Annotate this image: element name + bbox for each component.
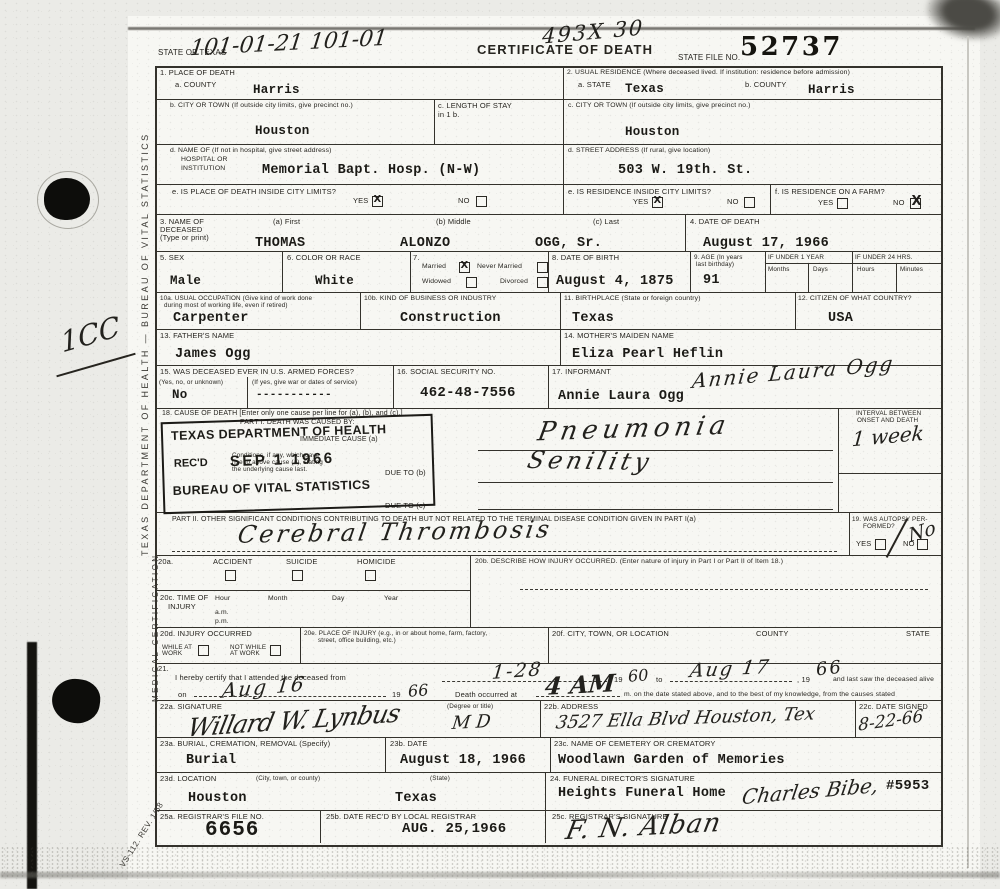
sex-value: Male — [170, 274, 201, 288]
line — [155, 555, 941, 556]
degree-title-label: (Degree or title) — [447, 703, 493, 710]
industry-value: Construction — [400, 311, 501, 326]
days-label: Days — [813, 266, 828, 273]
middle-name-label: (b) Middle — [436, 218, 471, 227]
line — [855, 700, 856, 737]
married-label: Married — [422, 263, 446, 271]
occupation-label1: 10a. USUAL OCCUPATION (Give kind of work… — [160, 295, 312, 302]
location-label: 23d. LOCATION — [160, 775, 216, 784]
cemetery-label: 23c. NAME OF CEMETERY OR CREMATORY — [554, 740, 716, 749]
line — [838, 408, 839, 512]
certify-19b: , 19 — [797, 676, 810, 685]
autopsy-label2: FORMED? — [863, 523, 895, 530]
stamp-line2: BUREAU OF VITAL STATISTICS — [173, 478, 371, 498]
line — [795, 292, 796, 329]
armed-forces-dashes: ----------- — [256, 389, 332, 401]
certify-year3: 66 — [407, 680, 429, 700]
pod-county-value: Harris — [253, 83, 300, 97]
cause-b-line — [478, 482, 833, 483]
physician-degree: M D — [451, 711, 492, 734]
residence-title: 2. USUAL RESIDENCE (Where deceased lived… — [567, 69, 850, 77]
injury-state-label: STATE — [906, 630, 930, 639]
cemetery-value: Woodlawn Garden of Memories — [558, 753, 785, 768]
line — [434, 99, 435, 144]
farm-label: f. IS RESIDENCE ON A FARM? — [775, 188, 885, 197]
line — [393, 365, 394, 408]
date-of-death-label: 4. DATE OF DEATH — [690, 218, 760, 227]
line — [548, 365, 549, 408]
health-department-stamp: TEXAS DEPARTMENT OF HEALTH REC'D SEP 1 1… — [161, 414, 436, 514]
state-file-no-label: STATE FILE NO. — [678, 54, 740, 63]
pod-limits-label: e. IS PLACE OF DEATH INSIDE CITY LIMITS? — [172, 188, 336, 197]
street-address-value: 503 W. 19th. St. — [618, 163, 752, 178]
part2-value: Cerebral Thrombosis — [236, 515, 554, 549]
farm-no-checkbox: X — [910, 198, 921, 209]
bottom-smudge — [0, 872, 1000, 878]
residence-limits-no-checkbox — [744, 197, 755, 208]
length-of-stay-label2: in 1 b. — [438, 111, 459, 120]
pod-limits-no-label: NO — [458, 197, 470, 206]
time-of-injury-label2: INJURY — [168, 603, 196, 612]
ssn-value: 462-48-7556 — [420, 385, 516, 401]
hole-punch-bottom — [49, 676, 103, 726]
mother-name-value: Eliza Pearl Heflin — [572, 347, 723, 362]
line — [155, 184, 941, 185]
am-label: a.m. — [215, 609, 229, 617]
age-label2: last birthday) — [696, 261, 734, 268]
line — [320, 810, 321, 843]
homicide-checkbox — [365, 570, 376, 581]
first-name-label: (a) First — [273, 218, 300, 227]
certify-to-value: Aug 17 — [688, 656, 772, 682]
if-under-24-hrs-label: IF UNDER 24 HRS. — [855, 254, 913, 261]
industry-label: 10b. KIND OF BUSINESS OR INDUSTRY — [364, 295, 496, 303]
line — [155, 144, 941, 145]
divorced-checkbox — [537, 277, 548, 288]
certify-text2: and last saw the deceased alive — [833, 676, 934, 685]
burial-date-value: August 18, 1966 — [400, 753, 526, 768]
line — [360, 292, 361, 329]
line — [155, 590, 470, 591]
pod-city-label: b. CITY OR TOWN (If outside city limits,… — [170, 102, 353, 110]
margin-handwritten-note: 1CC — [59, 310, 122, 360]
line — [155, 810, 941, 811]
citizen-value: USA — [828, 311, 853, 326]
certify-text4: m. on the date stated above, and to the … — [624, 691, 895, 700]
line — [410, 251, 411, 292]
last-name-label: (c) Last — [593, 218, 619, 227]
citizen-label: 12. CITIZEN OF WHAT COUNTRY? — [798, 295, 912, 303]
injury-city-label: 20f. CITY, TOWN, OR LOCATION — [552, 630, 669, 639]
line — [155, 292, 941, 293]
day-label: Day — [332, 595, 345, 603]
accident-checkbox — [225, 570, 236, 581]
residence-county-value: Harris — [808, 83, 855, 97]
pod-city-value: Houston — [255, 124, 310, 138]
residence-state-label: a. STATE — [578, 81, 611, 90]
date-of-birth-value: August 4, 1875 — [556, 274, 674, 289]
hospital-value: Memorial Bapt. Hosp. (N-W) — [262, 163, 480, 178]
certify-num: 21. — [158, 665, 169, 674]
funeral-director-label: 24. FUNERAL DIRECTOR'S SIGNATURE — [550, 775, 695, 784]
line — [300, 627, 301, 663]
line — [548, 251, 549, 292]
date-of-birth-label: 8. DATE OF BIRTH — [552, 254, 619, 263]
middle-name-value: ALONZO — [400, 236, 450, 251]
hole-punch-top — [44, 178, 90, 220]
certify-year1: 60 — [627, 665, 649, 685]
burial-date-label: 23b. DATE — [390, 740, 427, 749]
line — [385, 737, 386, 772]
last-name-value: OGG, Sr. — [535, 236, 602, 251]
first-name-value: THOMAS — [255, 236, 305, 251]
hospital-label2: HOSPITAL OR — [181, 156, 228, 164]
line — [563, 66, 564, 214]
date-recd-value: AUG. 25,1966 — [402, 821, 506, 837]
place-of-injury-label2: street, office building, etc.) — [318, 637, 396, 644]
residence-city-value: Houston — [625, 125, 680, 139]
hospital-label3: INSTITUTION — [181, 165, 225, 173]
married-checkbox: X — [459, 262, 470, 273]
date-of-death-value: August 17, 1966 — [703, 236, 829, 251]
signature-label: 22a. SIGNATURE — [160, 703, 222, 712]
pod-county-label: a. COUNTY — [175, 81, 216, 90]
checkbox-mark: X — [912, 194, 922, 209]
hour-label: Hour — [215, 595, 230, 603]
certificate-title: CERTIFICATE OF DEATH — [477, 46, 653, 55]
location-sub1: (City, town, or county) — [256, 775, 320, 782]
injury-county-label: COUNTY — [756, 630, 789, 639]
residence-city-label: c. CITY OR TOWN (If outside city limits,… — [568, 102, 751, 110]
homicide-label: HOMICIDE — [357, 558, 396, 567]
line — [545, 772, 546, 810]
line — [470, 555, 471, 627]
interval-label1: INTERVAL BETWEEN — [856, 410, 921, 417]
line — [896, 263, 897, 292]
certify-from-value: 1-28 — [491, 658, 544, 684]
line — [690, 251, 691, 292]
marital-num-label: 7. — [413, 254, 420, 263]
place-of-death-title: 1. PLACE OF DEATH — [160, 69, 235, 78]
location-city-value: Houston — [188, 791, 247, 806]
part2-baseline — [172, 551, 837, 552]
never-married-checkbox — [537, 262, 548, 273]
pod-limits-no-checkbox — [476, 196, 487, 207]
checkbox-mark: X — [461, 260, 469, 271]
injury-blank-line — [520, 589, 928, 590]
state-file-number: 52737 — [740, 32, 843, 62]
funeral-home-number: #5953 — [886, 778, 930, 794]
farm-yes-label: YES — [818, 199, 833, 208]
burial-label: 23a. BURIAL, CREMATION, REMOVAL (Specify… — [160, 740, 330, 749]
occupation-label2: during most of working life, even if ret… — [164, 302, 288, 309]
not-while-label2: AT WORK — [230, 650, 260, 657]
describe-injury-label: 20b. DESCRIBE HOW INJURY OCCURRED. (Ente… — [475, 558, 783, 566]
residence-limits-yes-label: YES — [633, 198, 648, 207]
suicide-label: SUICIDE — [286, 558, 317, 567]
address-label: 22b. ADDRESS — [544, 703, 598, 712]
birthplace-value: Texas — [572, 311, 614, 326]
hospital-label1: d. NAME OF (If not in hospital, give str… — [170, 147, 332, 155]
funeral-home-value: Heights Funeral Home — [558, 786, 726, 801]
months-label: Months — [768, 266, 790, 273]
death-certificate-scan: TEXAS DEPARTMENT OF HEALTH — BUREAU OF V… — [0, 0, 1000, 889]
accident-num-label: 20a. — [158, 558, 173, 567]
residence-limits-no-label: NO — [727, 198, 739, 207]
checkbox-mark: X — [374, 194, 382, 205]
line — [155, 772, 941, 773]
armed-forces-sub1: (Yes, no, or unknown) — [159, 379, 223, 386]
certify-on-label: on — [178, 691, 187, 700]
cause-c-line — [478, 509, 833, 510]
pod-limits-yes-label: YES — [353, 197, 368, 206]
widowed-checkbox — [466, 277, 477, 288]
color-race-label: 6. COLOR OR RACE — [287, 254, 361, 263]
father-name-label: 13. FATHER'S NAME — [160, 332, 234, 341]
place-of-injury-label1: 20e. PLACE OF INJURY (e.g., in or about … — [304, 630, 487, 637]
armed-forces-value: No — [172, 388, 188, 402]
fold-line — [967, 36, 969, 868]
line — [155, 329, 941, 330]
armed-forces-sub2: (If yes, give war or dates of service) — [252, 379, 357, 386]
certify-to-label: to — [656, 676, 663, 685]
line — [155, 512, 941, 513]
line — [770, 184, 771, 214]
occupation-value: Carpenter — [173, 311, 249, 326]
father-name-value: James Ogg — [175, 347, 251, 362]
line — [808, 263, 809, 292]
month-label: Month — [268, 595, 288, 603]
pm-label: p.m. — [215, 618, 229, 626]
residence-county-label: b. COUNTY — [745, 81, 786, 90]
stamp-line1: TEXAS DEPARTMENT OF HEALTH — [171, 422, 387, 443]
autopsy-yes-checkbox — [875, 539, 886, 550]
registrar-file-value: 6656 — [205, 819, 259, 842]
widowed-label: Widowed — [422, 278, 451, 286]
farm-yes-checkbox — [837, 198, 848, 209]
stamp-date: SEP 1 1966 — [230, 450, 335, 470]
line — [282, 251, 283, 292]
color-race-value: White — [315, 274, 354, 288]
divorced-label: Divorced — [500, 278, 528, 286]
if-under-1-year-label: IF UNDER 1 YEAR — [768, 254, 824, 261]
burial-value: Burial — [186, 753, 236, 768]
age-label1: 9. AGE (In years — [694, 254, 743, 261]
informant-value: Annie Laura Ogg — [558, 389, 684, 404]
residence-limits-label: e. IS RESIDENCE INSIDE CITY LIMITS? — [568, 188, 711, 197]
pod-limits-yes-checkbox: X — [372, 196, 383, 207]
street-address-label: d. STREET ADDRESS (If rural, give locati… — [568, 147, 710, 155]
checkbox-mark: X — [654, 195, 662, 206]
residence-limits-yes-checkbox: X — [652, 197, 663, 208]
stamp-recd: REC'D — [174, 457, 208, 470]
birthplace-label: 11. BIRTHPLACE (State or foreign country… — [564, 295, 701, 303]
line — [765, 251, 766, 292]
year-label: Year — [384, 595, 398, 603]
while-at-work-label2: WORK — [162, 650, 182, 657]
armed-forces-label: 15. WAS DECEASED EVER IN U.S. ARMED FORC… — [160, 368, 354, 377]
line — [155, 99, 941, 100]
suicide-checkbox — [292, 570, 303, 581]
ssn-label: 16. SOCIAL SECURITY NO. — [397, 368, 495, 377]
line — [155, 214, 941, 215]
not-while-checkbox — [270, 645, 281, 656]
sex-label: 5. SEX — [160, 254, 184, 263]
line — [685, 214, 686, 251]
certify-time-value: 4 AM — [544, 668, 617, 701]
farm-no-label: NO — [893, 199, 905, 208]
while-at-work-checkbox — [198, 645, 209, 656]
line — [560, 292, 561, 365]
line — [852, 251, 853, 292]
minutes-label: Minutes — [900, 266, 923, 273]
line — [838, 473, 941, 474]
line — [247, 377, 248, 408]
certify-text3: Death occurred at — [455, 691, 517, 700]
never-married-label: Never Married — [477, 263, 522, 271]
line — [548, 627, 549, 663]
bureau-vertical-label: TEXAS DEPARTMENT OF HEALTH — BUREAU OF V… — [140, 132, 150, 556]
line — [550, 737, 551, 772]
autopsy-yes-label: YES — [856, 540, 871, 549]
injury-occurred-label: 20d. INJURY OCCURRED — [160, 630, 252, 639]
location-state-value: Texas — [395, 791, 437, 806]
informant-label: 17. INFORMANT — [552, 368, 611, 377]
location-sub2: (State) — [430, 775, 450, 782]
accident-label: ACCIDENT — [213, 558, 253, 567]
cause-b-value: Senility — [525, 446, 656, 476]
mother-name-label: 14. MOTHER'S MAIDEN NAME — [564, 332, 674, 341]
line — [540, 700, 541, 737]
residence-state-value: Texas — [625, 82, 664, 96]
line — [849, 512, 850, 555]
age-value: 91 — [703, 273, 720, 288]
name-label3: (Type or print) — [160, 234, 209, 243]
hours-label: Hours — [857, 266, 875, 273]
line — [545, 810, 546, 843]
